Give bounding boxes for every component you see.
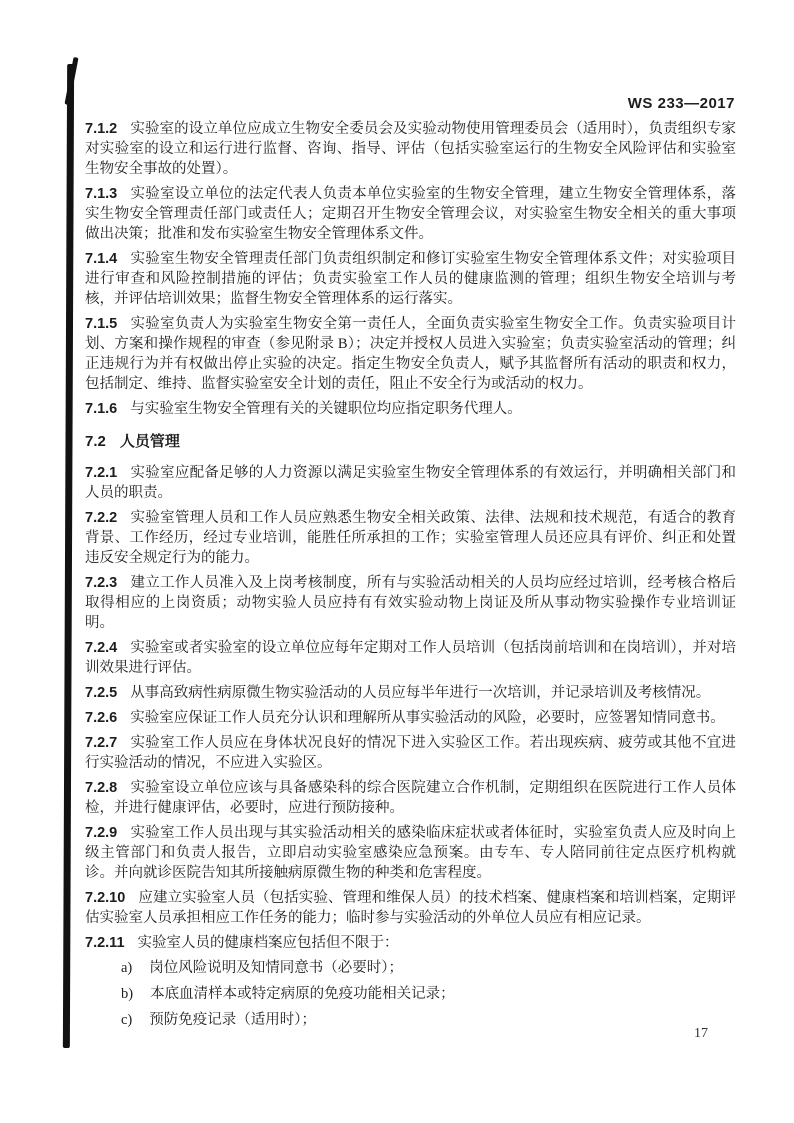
clause-number: 7.2.1 <box>85 465 117 481</box>
clause-paragraph: 7.2.1实验室应配备足够的人力资源以满足实验室生物安全管理体系的有效运行，并明… <box>85 463 736 503</box>
clause-paragraph: 7.2.2实验室管理人员和工作人员应熟悉生物安全相关政策、法律、法规和技术规范，… <box>85 508 736 568</box>
clause-text: 实验室生物安全管理责任部门负责组织制定和修订实验室生物安全管理体系文件；对实验项… <box>85 251 736 307</box>
clause-number: 7.2.9 <box>85 825 117 841</box>
list-item: a)岗位风险说明及知情同意书（必要时）； <box>121 958 736 978</box>
standard-code: WS 233—2017 <box>628 95 735 112</box>
document-body: 7.1.2实验室的设立单位应成立生物安全委员会及实验动物使用管理委员会（适用时）… <box>85 119 736 1036</box>
list-label: c) <box>121 1012 132 1028</box>
clause-text: 应建立实验室人员（包括实验、管理和维保人员）的技术档案、健康档案和培训档案，定期… <box>85 890 736 926</box>
clause-text: 与实验室生物安全管理有关的关键职位均应指定职务代理人。 <box>130 401 522 417</box>
list-label: b) <box>121 986 133 1002</box>
clause-number: 7.2 <box>85 433 106 450</box>
clause-number: 7.2.4 <box>85 640 117 656</box>
section-title: 人员管理 <box>120 433 180 450</box>
clause-number: 7.2.5 <box>85 685 117 701</box>
clause-number: 7.2.3 <box>85 575 117 591</box>
clause-text: 实验室管理人员和工作人员应熟悉生物安全相关政策、法律、法规和技术规范，有适合的教… <box>85 510 736 566</box>
clause-text: 实验室的设立单位应成立生物安全委员会及实验动物使用管理委员会（适用时），负责组织… <box>85 121 736 177</box>
clause-number: 7.1.5 <box>85 316 117 332</box>
clause-paragraph: 7.2.6实验室应保证工作人员充分认识和理解所从事实验活动的风险，必要时，应签署… <box>85 708 736 728</box>
list-item: c)预防免疫记录（适用时）； <box>121 1010 736 1030</box>
clause-number: 7.2.11 <box>85 935 125 951</box>
clause-paragraph: 7.2.9实验室工作人员出现与其实验活动相关的感染临床症状或者体征时，实验室负责… <box>85 823 736 883</box>
clause-text: 预防免疫记录（适用时）； <box>149 1012 316 1028</box>
clause-number: 7.1.4 <box>85 251 117 267</box>
clause-paragraph: 7.2.8实验室设立单位应该与具备感染科的综合医院建立合作机制，定期组织在医院进… <box>85 778 736 818</box>
clause-text: 岗位风险说明及知情同意书（必要时）； <box>149 960 403 976</box>
clause-number: 7.2.7 <box>85 735 117 751</box>
clause-paragraph: 7.2.3建立工作人员准入及上岗考核制度，所有与实验活动相关的人员均应经过培训，… <box>85 573 736 633</box>
clause-number: 7.1.2 <box>85 121 117 137</box>
list-item: b)本底血清样本或特定病原的免疫功能相关记录； <box>121 984 736 1004</box>
clause-number: 7.2.10 <box>85 890 125 906</box>
clause-paragraph: 7.1.5实验室负责人为实验室生物安全第一责任人，全面负责实验室生物安全工作。负… <box>85 314 736 394</box>
clause-text: 本底血清样本或特定病原的免疫功能相关记录； <box>150 986 455 1002</box>
clause-text: 实验室工作人员应在身体状况良好的情况下进入实验区工作。若出现疾病、疲劳或其他不宜… <box>85 735 736 771</box>
list-label: a) <box>121 960 132 976</box>
section-heading: 7.2人员管理 <box>85 432 736 452</box>
clause-number: 7.1.6 <box>85 401 117 417</box>
clause-paragraph: 7.1.4实验室生物安全管理责任部门负责组织制定和修订实验室生物安全管理体系文件… <box>85 249 736 309</box>
clause-number: 7.1.3 <box>85 186 117 202</box>
clause-text: 实验室负责人为实验室生物安全第一责任人，全面负责实验室生物安全工作。负责实验项目… <box>85 316 736 392</box>
clause-paragraph: 7.2.10应建立实验室人员（包括实验、管理和维保人员）的技术档案、健康档案和培… <box>85 888 736 928</box>
scan-artifact-line <box>63 64 74 1048</box>
clause-paragraph: 7.1.2实验室的设立单位应成立生物安全委员会及实验动物使用管理委员会（适用时）… <box>85 119 736 179</box>
clause-paragraph: 7.2.7实验室工作人员应在身体状况良好的情况下进入实验区工作。若出现疾病、疲劳… <box>85 733 736 773</box>
clause-text: 实验室设立单位的法定代表人负责本单位实验室的生物安全管理，建立生物安全管理体系，… <box>85 186 736 242</box>
clause-text: 实验室工作人员出现与其实验活动相关的感染临床症状或者体征时，实验室负责人应及时向… <box>85 825 736 881</box>
clause-text: 实验室人员的健康档案应包括但不限于： <box>138 935 399 951</box>
clause-paragraph: 7.1.3实验室设立单位的法定代表人负责本单位实验室的生物安全管理，建立生物安全… <box>85 184 736 244</box>
clause-number: 7.2.2 <box>85 510 117 526</box>
document-page: WS 233—2017 7.1.2实验室的设立单位应成立生物安全委员会及实验动物… <box>0 0 794 1123</box>
clause-paragraph: 7.2.4实验室或者实验室的设立单位应每年定期对工作人员培训（包括岗前培训和在岗… <box>85 638 736 678</box>
clause-text: 实验室设立单位应该与具备感染科的综合医院建立合作机制，定期组织在医院进行工作人员… <box>85 780 736 816</box>
clause-paragraph: 7.1.6与实验室生物安全管理有关的关键职位均应指定职务代理人。 <box>85 399 736 419</box>
clause-paragraph: 7.2.5从事高致病性病原微生物实验活动的人员应每半年进行一次培训，并记录培训及… <box>85 683 736 703</box>
clause-text: 从事高致病性病原微生物实验活动的人员应每半年进行一次培训，并记录培训及考核情况。 <box>130 685 710 701</box>
clause-text: 实验室或者实验室的设立单位应每年定期对工作人员培训（包括岗前培训和在岗培训），并… <box>85 640 736 676</box>
clause-paragraph: 7.2.11实验室人员的健康档案应包括但不限于： <box>85 933 736 953</box>
clause-text: 实验室应配备足够的人力资源以满足实验室生物安全管理体系的有效运行，并明确相关部门… <box>85 465 736 501</box>
clause-text: 建立工作人员准入及上岗考核制度，所有与实验活动相关的人员均应经过培训，经考核合格… <box>85 575 736 631</box>
clause-number: 7.2.8 <box>85 780 117 796</box>
scanned-document-page: { "header": { "standard_code": "WS 233—2… <box>0 0 794 1123</box>
clause-text: 实验室应保证工作人员充分认识和理解所从事实验活动的风险，必要时，应签署知情同意书… <box>130 710 725 726</box>
clause-number: 7.2.6 <box>85 710 117 726</box>
page-number: 17 <box>694 1026 708 1042</box>
